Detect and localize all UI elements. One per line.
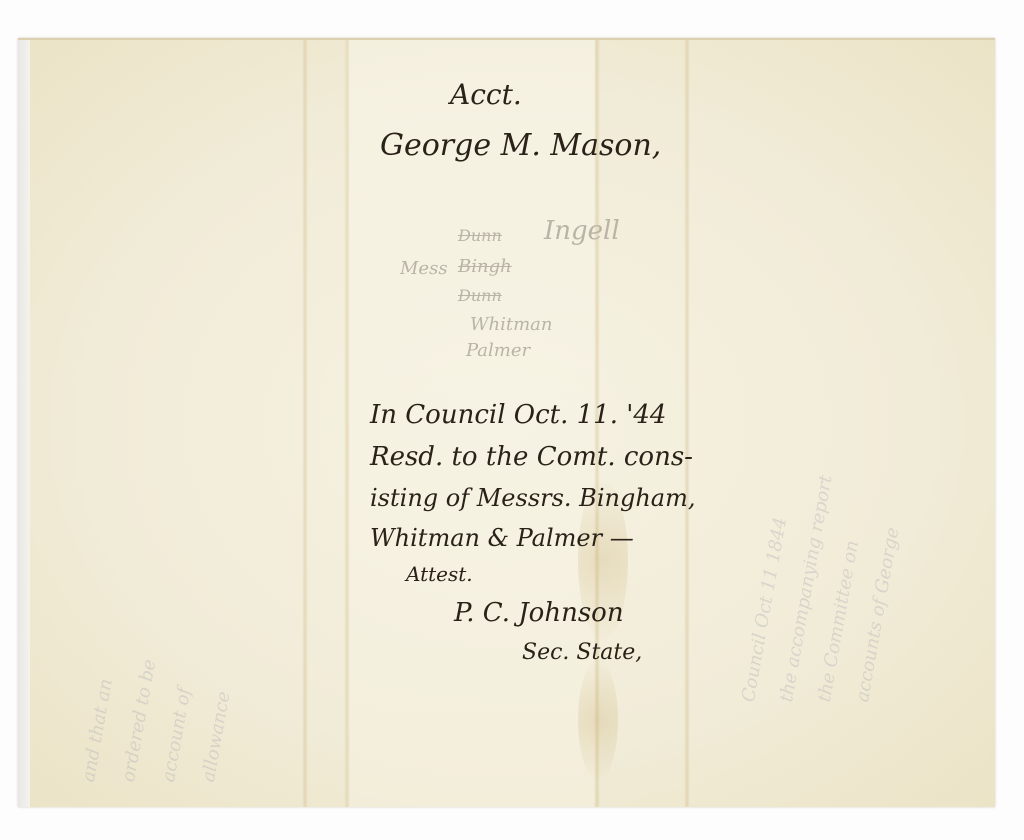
fold-line <box>302 40 308 807</box>
pencil-name: Whitman <box>470 314 552 335</box>
water-stain <box>578 660 618 780</box>
endorsement-line: Whitman & Palmer — <box>370 524 634 552</box>
ghost-text-line: account of <box>158 686 195 784</box>
pencil-struck-name: Dunn <box>458 226 502 245</box>
docket-name: George M. Mason, <box>380 128 661 163</box>
endorsement-line: In Council Oct. 11. '44 <box>370 400 666 430</box>
ghost-text-line: ordered to be <box>118 658 160 784</box>
document-paper: and that an ordered to be account of all… <box>18 38 995 807</box>
attest-label: Attest. <box>406 562 473 586</box>
pencil-struck-name: Dunn <box>458 286 502 305</box>
signature-title: Sec. State, <box>522 640 642 665</box>
signature: P. C. Johnson <box>454 598 624 628</box>
ghost-text-line: allowance <box>198 690 235 784</box>
fold-line <box>344 40 350 807</box>
endorsement-line: Resd. to the Comt. cons- <box>370 442 693 472</box>
pencil-prefix: Mess <box>400 258 448 279</box>
fold-line <box>684 40 690 807</box>
ghost-text-line: and that an <box>78 677 117 783</box>
endorsement-line: isting of Messrs. Bingham, <box>370 484 695 512</box>
pencil-name: Ingell <box>544 216 620 246</box>
paper-left-edge <box>18 40 30 807</box>
docket-title: Acct. <box>450 78 522 111</box>
pencil-name: Palmer <box>466 340 530 361</box>
pencil-struck-name: Bingh <box>458 256 512 277</box>
